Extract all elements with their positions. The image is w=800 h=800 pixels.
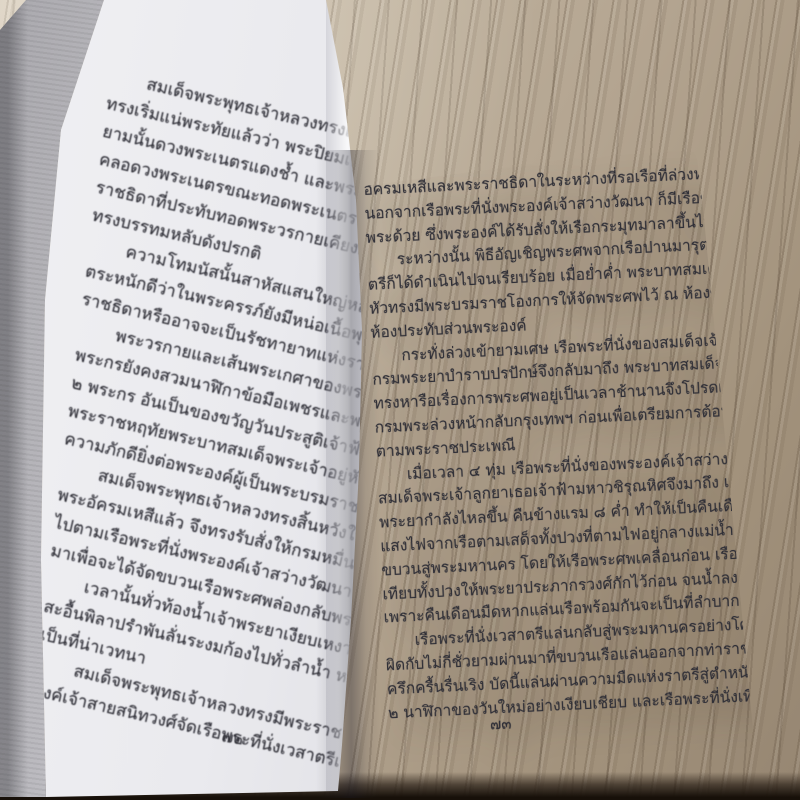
left-page-number: ๗๒ (220, 724, 245, 751)
right-page-number: ๗๓ (490, 712, 512, 737)
gutter-shadow (316, 150, 380, 798)
book-photo-scene: สมเด็จพระพุทธเจ้าหลวงทรงเริ่มสลดทรงเริ่ม… (0, 0, 800, 800)
